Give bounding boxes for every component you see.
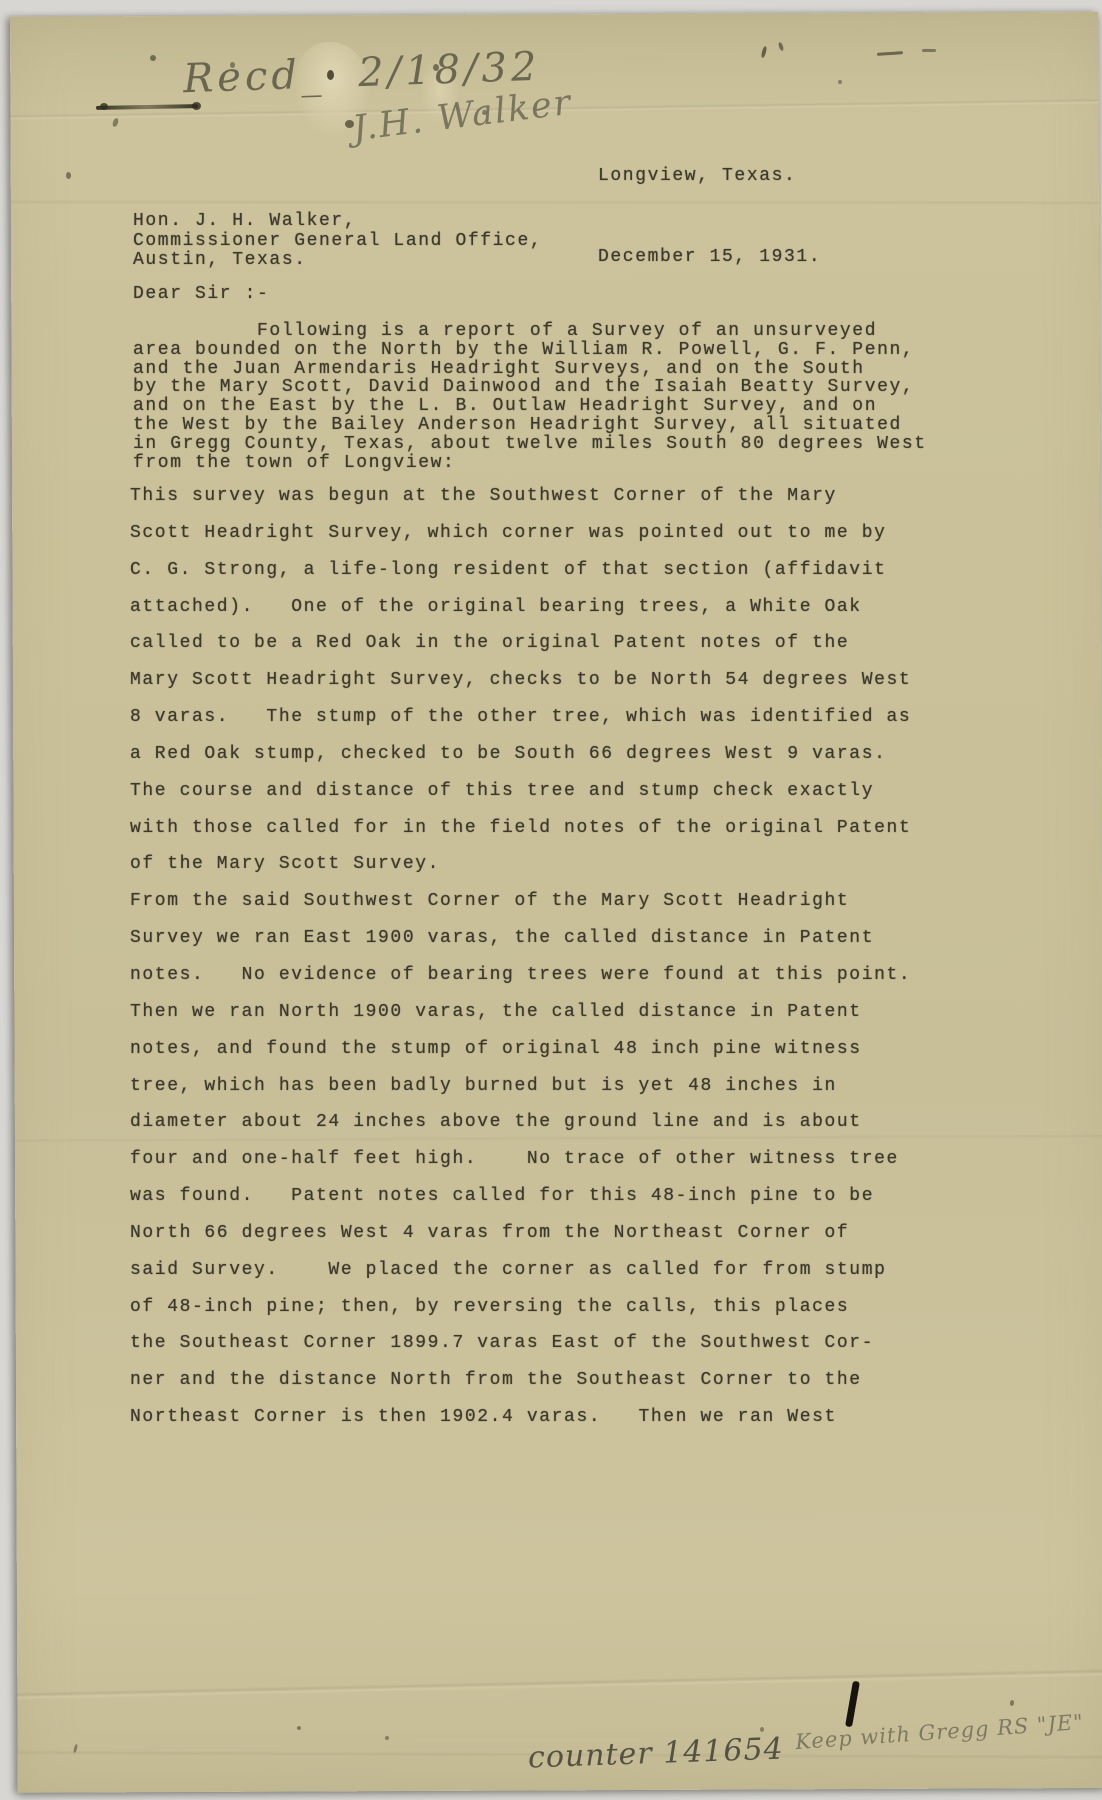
body-line: the Southeast Corner 1899.7 varas East o…	[130, 1325, 911, 1362]
paper-blemish	[100, 103, 108, 110]
body-line: Then we ran North 1900 varas, the called…	[130, 994, 911, 1031]
paper-blemish	[150, 55, 156, 61]
body-line: with those called for in the field notes…	[130, 810, 911, 847]
body-line: diameter about 24 inches above the groun…	[130, 1104, 911, 1141]
body-line: Scott Headright Survey, which corner was…	[130, 515, 911, 552]
intro-line: Following is a report of a Survey of an …	[133, 322, 927, 341]
intro-line: by the Mary Scott, David Dainwood and th…	[133, 378, 927, 397]
body-line: 8 varas. The stump of the other tree, wh…	[130, 699, 911, 736]
paper-crease	[11, 200, 1099, 205]
address-line: Hon. J. H. Walker,	[133, 212, 542, 232]
body-line: This survey was begun at the Southwest C…	[130, 478, 911, 515]
body-line: called to be a Red Oak in the original P…	[130, 625, 911, 662]
body-line: Survey we ran East 1900 varas, the calle…	[130, 920, 911, 957]
address-line: Austin, Texas.	[133, 251, 542, 271]
body-line: Mary Scott Headright Survey, checks to b…	[130, 662, 911, 699]
paper-blemish	[192, 102, 201, 110]
date-line: December 15, 1931.	[598, 237, 821, 278]
body-line: a Red Oak stump, checked to be South 66 …	[130, 736, 911, 773]
pen-mark	[922, 49, 936, 52]
body-paragraphs: This survey was begun at the Southwest C…	[130, 478, 911, 1436]
body-line: was found. Patent notes called for this …	[130, 1178, 911, 1215]
intro-line: and on the East by the L. B. Outlaw Head…	[133, 397, 927, 416]
pen-mark	[838, 80, 842, 84]
place-date-block: Longview, Texas. December 15, 1931.	[598, 116, 821, 298]
body-line: tree, which has been badly burned but is…	[130, 1068, 911, 1105]
intro-paragraph: Following is a report of a Survey of an …	[133, 322, 927, 472]
intro-line: area bounded on the North by the William…	[133, 341, 927, 360]
paper-crease	[17, 1668, 1102, 1700]
body-line: four and one-half feet high. No trace of…	[130, 1141, 911, 1178]
pencil-dot	[297, 1726, 301, 1730]
recipient-address: Hon. J. H. Walker,Commissioner General L…	[133, 212, 542, 271]
body-line: ner and the distance North from the Sout…	[130, 1362, 911, 1399]
body-line: Northeast Corner is then 1902.4 varas. T…	[130, 1399, 911, 1436]
body-line: of the Mary Scott Survey.	[130, 846, 911, 883]
address-line: Commissioner General Land Office,	[133, 232, 542, 252]
pencil-dot	[385, 1736, 389, 1740]
body-line: C. G. Strong, a life-long resident of th…	[130, 552, 911, 589]
body-line: notes. No evidence of bearing trees were…	[130, 957, 911, 994]
intro-line: from the town of Longview:	[133, 454, 927, 473]
paper-blemish	[66, 172, 71, 179]
place-line: Longview, Texas.	[598, 156, 821, 197]
body-line: North 66 degrees West 4 varas from the N…	[130, 1215, 911, 1252]
body-line: From the said Southwest Corner of the Ma…	[130, 883, 911, 920]
body-line: notes, and found the stump of original 4…	[130, 1031, 911, 1068]
body-line: said Survey. We placed the corner as cal…	[130, 1252, 911, 1289]
salutation: Dear Sir :-	[133, 284, 269, 304]
body-line: of 48-inch pine; then, by reversing the …	[130, 1289, 911, 1326]
intro-line: and the Juan Armendaris Headright Survey…	[133, 360, 927, 379]
intro-line: in Gregg County, Texas, about twelve mil…	[133, 435, 927, 454]
body-line: attached). One of the original bearing t…	[130, 589, 911, 626]
body-line: The course and distance of this tree and…	[130, 773, 911, 810]
intro-line: the West by the Bailey Anderson Headrigh…	[133, 416, 927, 435]
